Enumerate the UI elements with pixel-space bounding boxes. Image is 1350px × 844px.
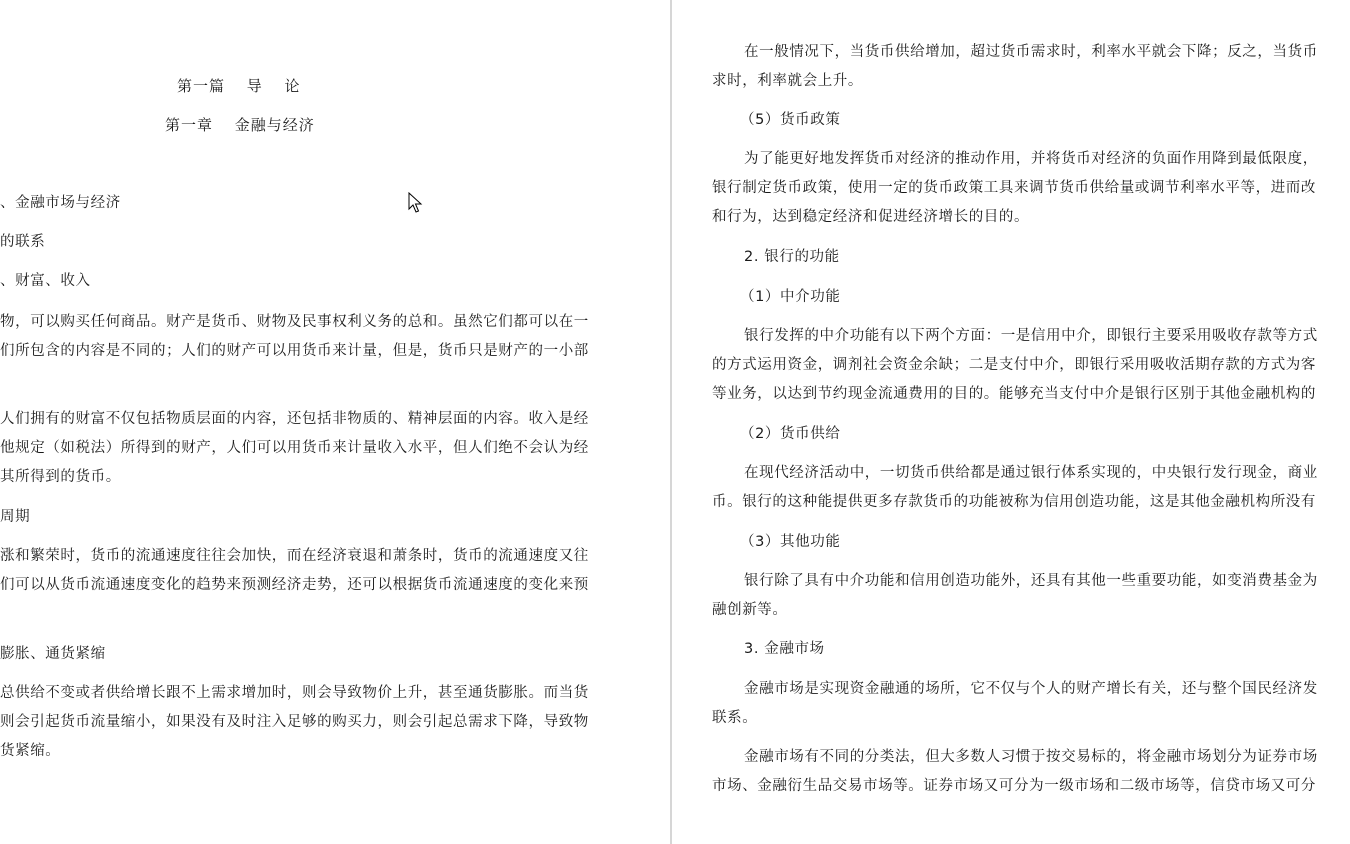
- paragraph-line: 则会引起货币流量缩小，如果没有及时注入足够的购买力，则会引起总需求下降，导致物: [0, 712, 589, 732]
- paragraph-line: 币。银行的这种能提供更多存款货币的功能被称为信用创造功能，这是其他金融机构所没有: [712, 492, 1316, 512]
- subheading-line: 3. 金融市场: [744, 639, 825, 659]
- paragraph-line: 为了能更好地发挥货币对经济的推动作用，并将货币对经济的负面作用降到最低限度，: [744, 149, 1318, 169]
- paragraph-line: 其所得到的货币。: [0, 467, 121, 487]
- heading-line: 的联系: [0, 232, 45, 252]
- document-page-left: 第一篇 导 论 第一章 金融与经济 、金融市场与经济 的联系 、财富、收入 物，…: [0, 0, 670, 844]
- subheading-line: 2. 银行的功能: [744, 247, 840, 267]
- paragraph-line: 金融市场是实现资金融通的场所，它不仅与个人的财产增长有关，还与整个国民经济发: [744, 679, 1318, 699]
- paragraph-line: 银行制定货币政策，使用一定的货币政策工具来调节货币供给量或调节利率水平等，进而改: [712, 178, 1316, 198]
- paragraph-line: 涨和繁荣时，货币的流通速度往往会加快，而在经济衰退和萧条时，货币的流通速度又往: [0, 546, 589, 566]
- heading-line: 周期: [0, 507, 30, 527]
- paragraph-line: 金融市场有不同的分类法，但大多数人习惯于按交易标的，将金融市场划分为证券市场: [744, 747, 1318, 767]
- paragraph-line: 他规定（如税法）所得到的财产，人们可以用货币来计量收入水平，但人们绝不会认为经: [0, 438, 589, 458]
- paragraph-line: 银行发挥的中介功能有以下两个方面：一是信用中介，即银行主要采用吸收存款等方式: [744, 326, 1318, 346]
- paragraph-line: 等业务，以达到节约现金流通费用的目的。能够充当支付中介是银行区别于其他金融机构的: [712, 384, 1316, 404]
- paragraph-line: 物，可以购买任何商品。财产是货币、财物及民事权利义务的总和。虽然它们都可以在一: [0, 312, 589, 332]
- document-page-right: 在一般情况下，当货币供给增加，超过货币需求时，利率水平就会下降；反之，当货币 求…: [672, 0, 1350, 844]
- paragraph-line: 人们拥有的财富不仅包括物质层面的内容，还包括非物质的、精神层面的内容。收入是经: [0, 409, 589, 429]
- paragraph-line: 们可以从货币流通速度变化的趋势来预测经济走势，还可以根据货币流通速度的变化来预: [0, 575, 589, 595]
- subheading-line: （3）其他功能: [740, 532, 840, 552]
- subheading-line: （1）中介功能: [740, 287, 840, 307]
- paragraph-line: 的方式运用资金，调剂社会资金余缺；二是支付中介，即银行采用吸收活期存款的方式为客: [712, 355, 1316, 375]
- paragraph-line: 求时，利率就会上升。: [712, 71, 863, 91]
- subheading-line: （5）货币政策: [740, 110, 840, 130]
- heading-line: 、财富、收入: [0, 271, 91, 291]
- paragraph-line: 银行除了具有中介功能和信用创造功能外，还具有其他一些重要功能，如变消费基金为: [744, 571, 1318, 591]
- heading-line: 膨胀、通货紧缩: [0, 644, 106, 664]
- paragraph-line: 们所包含的内容是不同的；人们的财产可以用货币来计量，但是，货币只是财产的一小部: [0, 341, 589, 361]
- chapter-title: 第一章 金融与经济: [165, 115, 315, 135]
- subheading-line: （2）货币供给: [740, 424, 840, 444]
- paragraph-line: 和行为，达到稳定经济和促进经济增长的目的。: [712, 207, 1029, 227]
- heading-line: 、金融市场与经济: [0, 193, 121, 213]
- paragraph-line: 在一般情况下，当货币供给增加，超过货币需求时，利率水平就会下降；反之，当货币: [744, 42, 1318, 62]
- paragraph-line: 在现代经济活动中，一切货币供给都是通过银行体系实现的，中央银行发行现金，商业: [744, 463, 1318, 483]
- mouse-pointer-icon: [408, 192, 424, 216]
- paragraph-line: 融创新等。: [712, 600, 788, 620]
- paragraph-line: 货紧缩。: [0, 741, 60, 761]
- paragraph-line: 总供给不变或者供给增长跟不上需求增加时，则会导致物价上升，甚至通货膨胀。而当货: [0, 683, 589, 703]
- paragraph-line: 联系。: [712, 708, 757, 728]
- paragraph-line: 市场、金融衍生品交易市场等。证券市场又可分为一级市场和二级市场等，信贷市场又可分: [712, 776, 1316, 796]
- part-title: 第一篇 导 论: [177, 76, 301, 96]
